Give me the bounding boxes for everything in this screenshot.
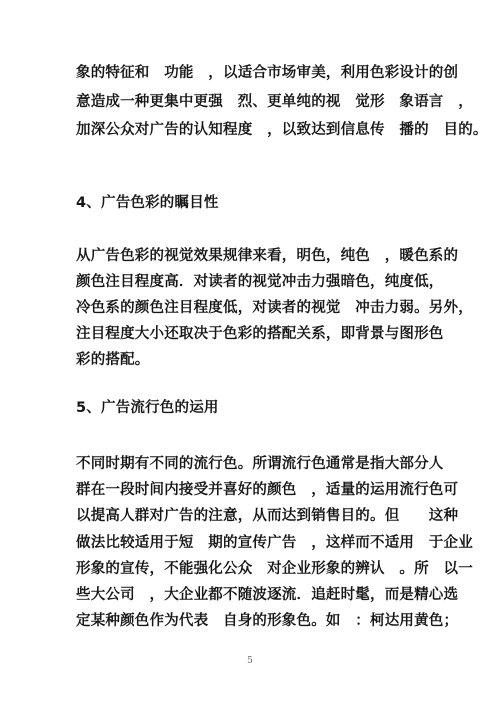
paragraph-line: 些大公司 ，大企业都不随波逐流．追赶时髦，而是精心选 [76,586,458,604]
paragraph-line: 冷色系的颜色注目程度低，对读者的视觉 冲击力弱。另外， [76,299,473,317]
paragraph-line: 象的特征和 功能 ，以适合市场审美，利用色彩设计的创 [76,64,458,82]
page-number: 5 [0,656,500,666]
paragraph-line: 加深公众对广告的认知程度 ，以致达到信息传 播的 目的。 [76,121,488,139]
paragraph-line: 从广告色彩的视觉效果规律来看，明色，纯色 ，暖色系的 [76,247,458,265]
paragraph-line: 颜色注目程度高．对读者的视觉冲击力强暗色，纯度低， [76,273,444,291]
paragraph-line: 形象的宣传，不能强化公众 对企业形象的辨认 。所 以一 [76,560,473,578]
document-page: 象的特征和 功能 ，以适合市场审美，利用色彩设计的创 意造成一种更集中更强 烈、… [0,0,500,707]
paragraph-line: 意造成一种更集中更强 烈、更单纯的视 觉形 象语言 ， [76,93,473,111]
paragraph-line: 彩的搭配。 [76,351,150,369]
paragraph-line: 做法比较适用于短 期的宣传广告 ，这样而不适用 于企业 [76,534,473,552]
paragraph-line: 不同时期有不同的流行色。所谓流行色通常是指大部分人 [76,455,444,473]
paragraph-line: 定某种颜色作为代表 自身的形象色。如 ：柯达用黄色； [76,612,458,630]
section-heading-5: 5、广告流行色的运用 [76,399,219,417]
section-heading-4: 4、广告色彩的瞩目性 [76,194,219,212]
paragraph-line: 以提高人群对广告的注意，从而达到销售目的。但 这种 [76,507,458,525]
paragraph-line: 群在一段时间内接受并喜好的颜色 ，适量的运用流行色可 [76,481,458,499]
paragraph-line: 注目程度大小还取决于色彩的搭配关系，即背景与图形色 [76,325,444,343]
